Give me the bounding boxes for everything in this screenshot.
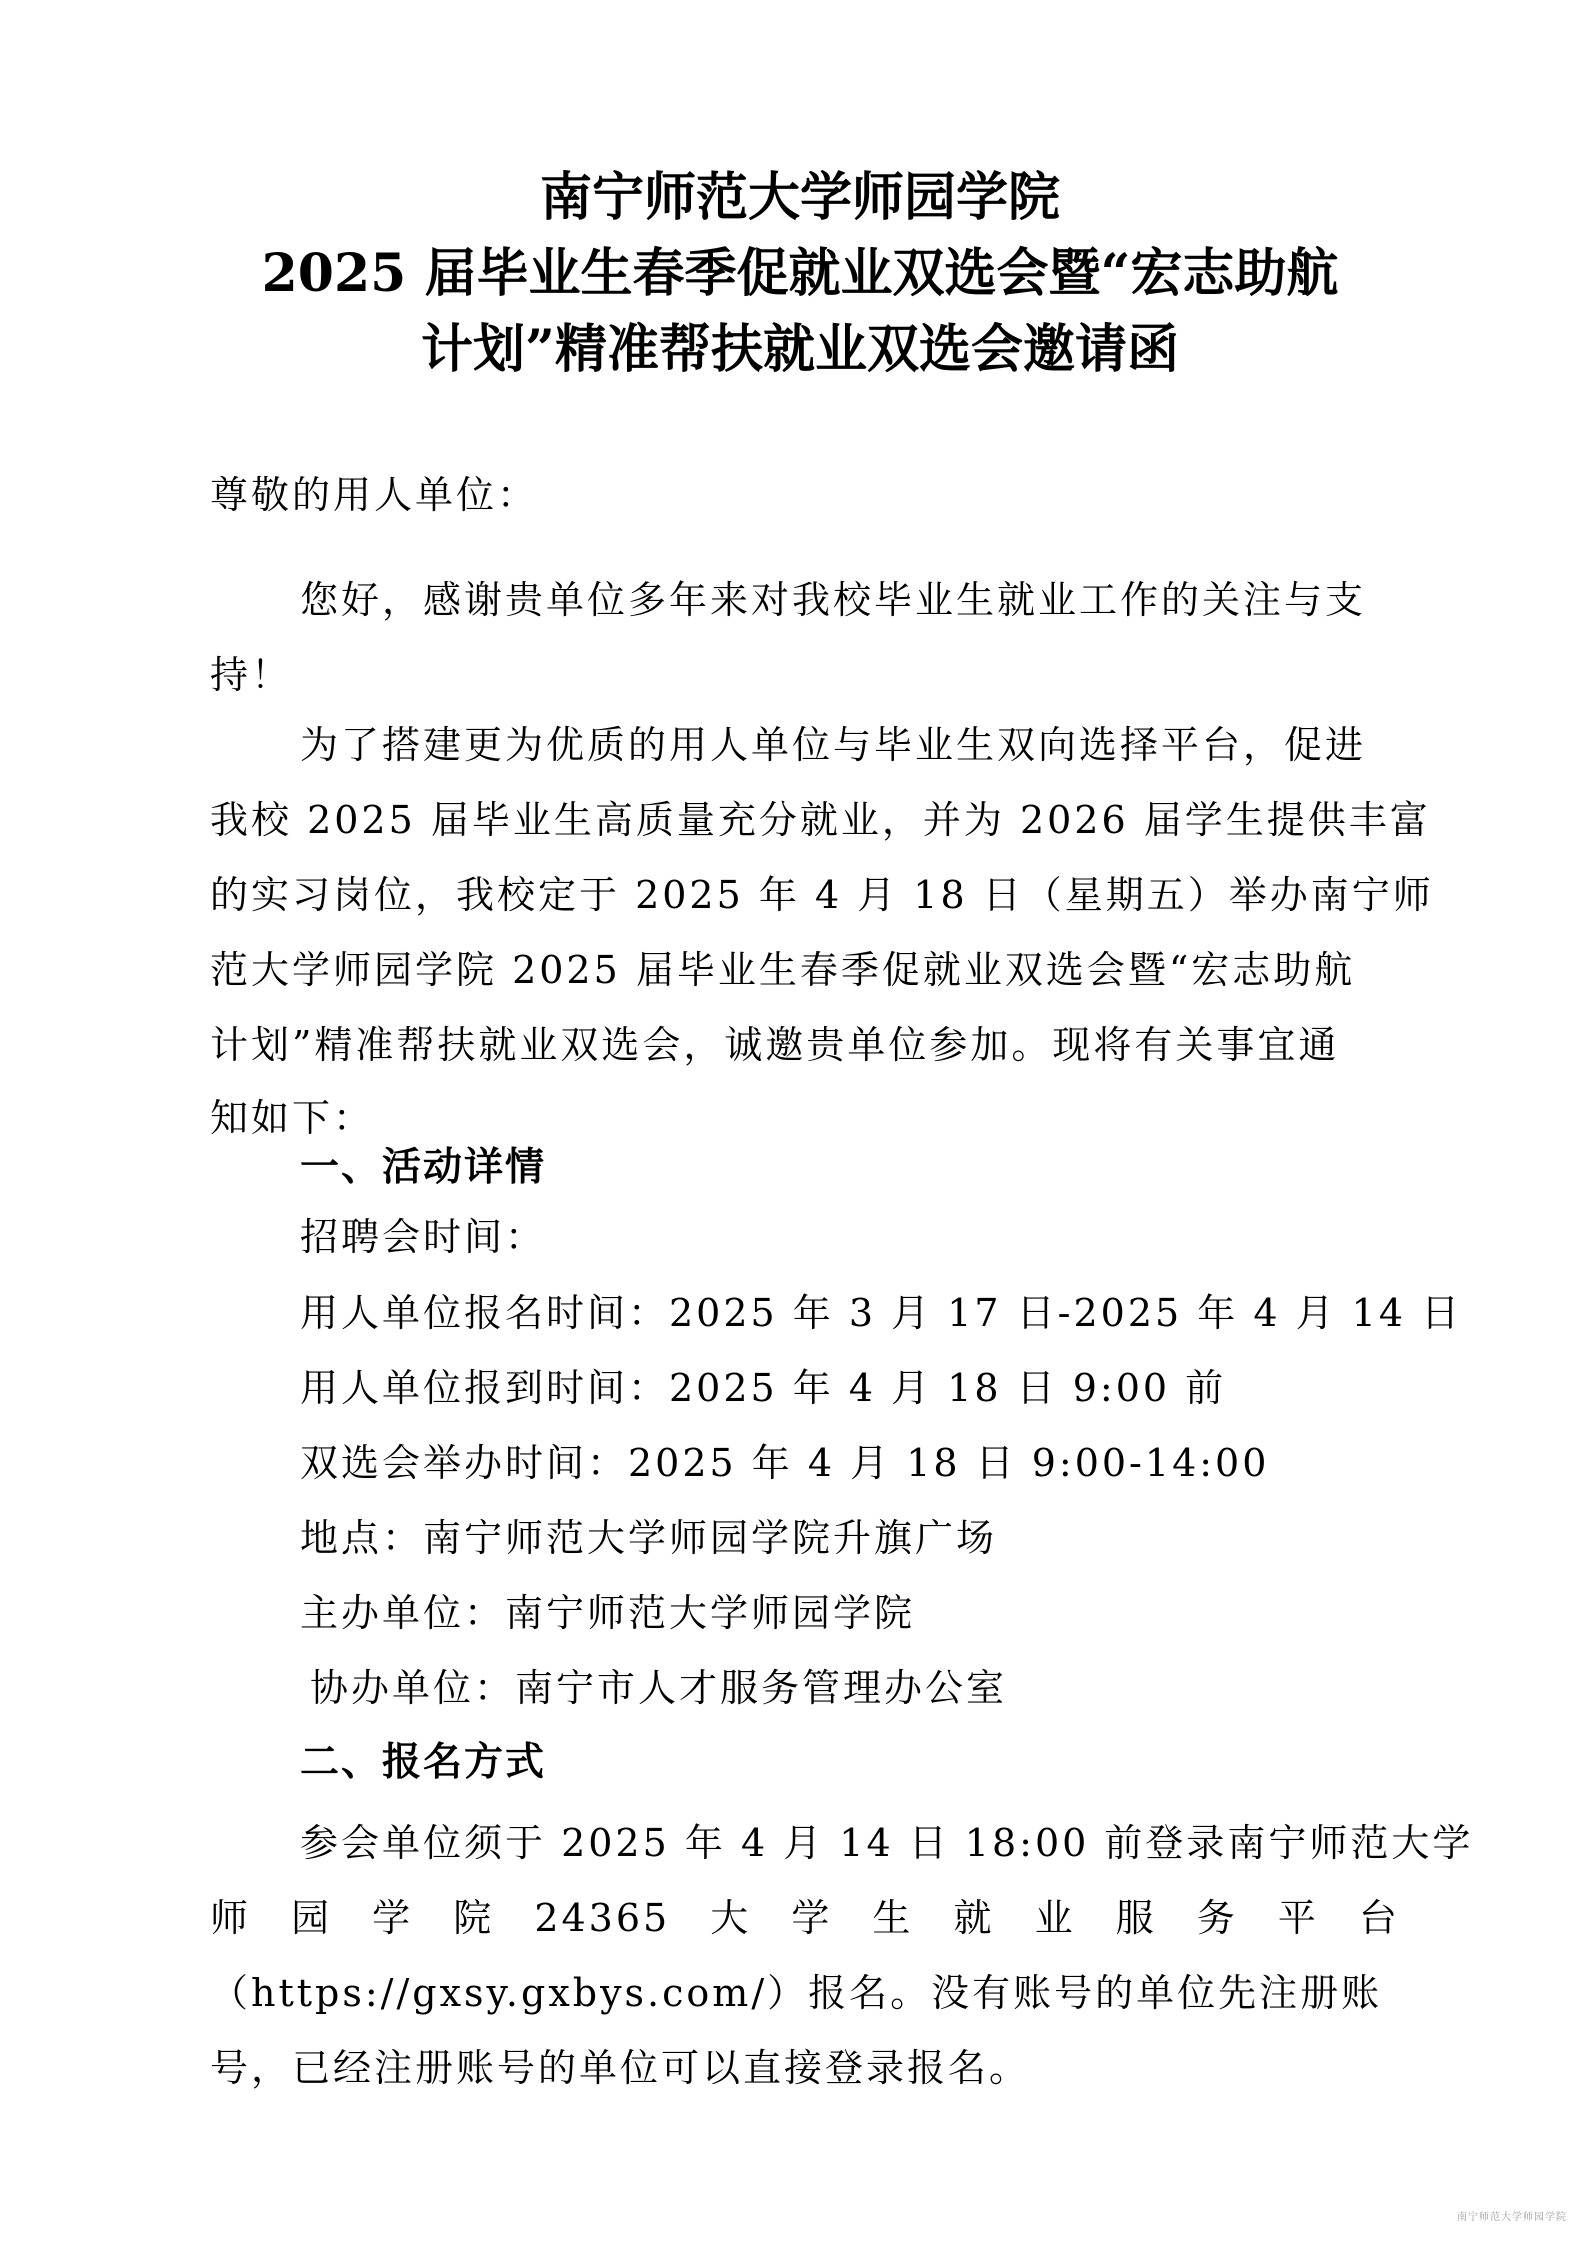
platform-number: 24365 xyxy=(534,1893,670,1943)
word: 生 xyxy=(872,1893,913,1943)
section2-line1: 参会单位须于 2025 年 4 月 14 日 18:00 前登录南宁师范大学 xyxy=(300,1818,1473,1868)
word: 平 xyxy=(1278,1893,1319,1943)
section2-line4: 号，已经注册账号的单位可以直接登录报名。 xyxy=(210,2043,1030,2093)
document-page: 南宁师范大学师园学院 2025 届毕业生春季促就业双选会暨“宏志助航 计划”精准… xyxy=(0,0,1587,2245)
fair-time-label: 招聘会时间： xyxy=(300,1212,546,1262)
word: 大 xyxy=(710,1893,751,1943)
paragraph2-line6: 知如下： xyxy=(210,1093,374,1143)
word: 院 xyxy=(453,1893,494,1943)
word: 学 xyxy=(372,1893,413,1943)
word: 师 xyxy=(210,1893,251,1943)
word: 园 xyxy=(291,1893,332,1943)
location: 地点：南宁师范大学师园学院升旗广场 xyxy=(300,1513,997,1563)
title-line-3: 计划”精准帮扶就业双选会邀请函 xyxy=(200,312,1400,388)
section2-line3-url: （https://gxsy.gxbys.com/）报名。没有账号的单位先注册账 xyxy=(210,1968,1382,2018)
paragraph1-line2: 持！ xyxy=(210,650,292,700)
title-line-1: 南宁师范大学师园学院 xyxy=(200,160,1400,236)
registration-time: 用人单位报名时间：2025 年 3 月 17 日-2025 年 4 月 14 日 xyxy=(300,1288,1462,1338)
word: 务 xyxy=(1197,1893,1238,1943)
word: 台 xyxy=(1359,1893,1400,1943)
paragraph2-line1: 为了搭建更为优质的用人单位与毕业生双向选择平台，促进 xyxy=(300,720,1366,770)
watermark: 南宁师范大学师园学院 xyxy=(1457,2208,1567,2223)
word: 学 xyxy=(791,1893,832,1943)
section2-heading: 二、报名方式 xyxy=(300,1738,546,1788)
paragraph1-line1: 您好，感谢贵单位多年来对我校毕业生就业工作的关注与支 xyxy=(300,575,1366,625)
word: 就 xyxy=(954,1893,995,1943)
salutation: 尊敬的用人单位： xyxy=(210,470,538,520)
title-line-2: 2025 届毕业生春季促就业双选会暨“宏志助航 xyxy=(200,236,1400,312)
word: 服 xyxy=(1116,1893,1157,1943)
paragraph2-line4: 范大学师园学院 2025 届毕业生春季促就业双选会暨“宏志助航 xyxy=(210,945,1355,995)
document-title: 南宁师范大学师园学院 2025 届毕业生春季促就业双选会暨“宏志助航 计划”精准… xyxy=(200,160,1400,388)
word: 业 xyxy=(1035,1893,1076,1943)
paragraph2-line2: 我校 2025 届毕业生高质量充分就业，并为 2026 届学生提供丰富 xyxy=(210,795,1431,845)
co-host-organizer: 协办单位：南宁市人才服务管理办公室 xyxy=(310,1663,1007,1713)
fair-hours: 双选会举办时间：2025 年 4 月 18 日 9:00-14:00 xyxy=(300,1438,1269,1488)
section1-heading: 一、活动详情 xyxy=(300,1143,546,1193)
paragraph2-line3: 的实习岗位，我校定于 2025 年 4 月 18 日（星期五）举办南宁师 xyxy=(210,870,1434,920)
section2-line2: 师 园 学 院 24365 大 学 生 就 业 服 务 平 台 xyxy=(210,1893,1400,1943)
paragraph2-line5: 计划”精准帮扶就业双选会，诚邀贵单位参加。现将有关事宜通 xyxy=(210,1020,1339,1070)
checkin-time: 用人单位报到时间：2025 年 4 月 18 日 9:00 前 xyxy=(300,1363,1226,1413)
host-organizer: 主办单位：南宁师范大学师园学院 xyxy=(300,1588,915,1638)
